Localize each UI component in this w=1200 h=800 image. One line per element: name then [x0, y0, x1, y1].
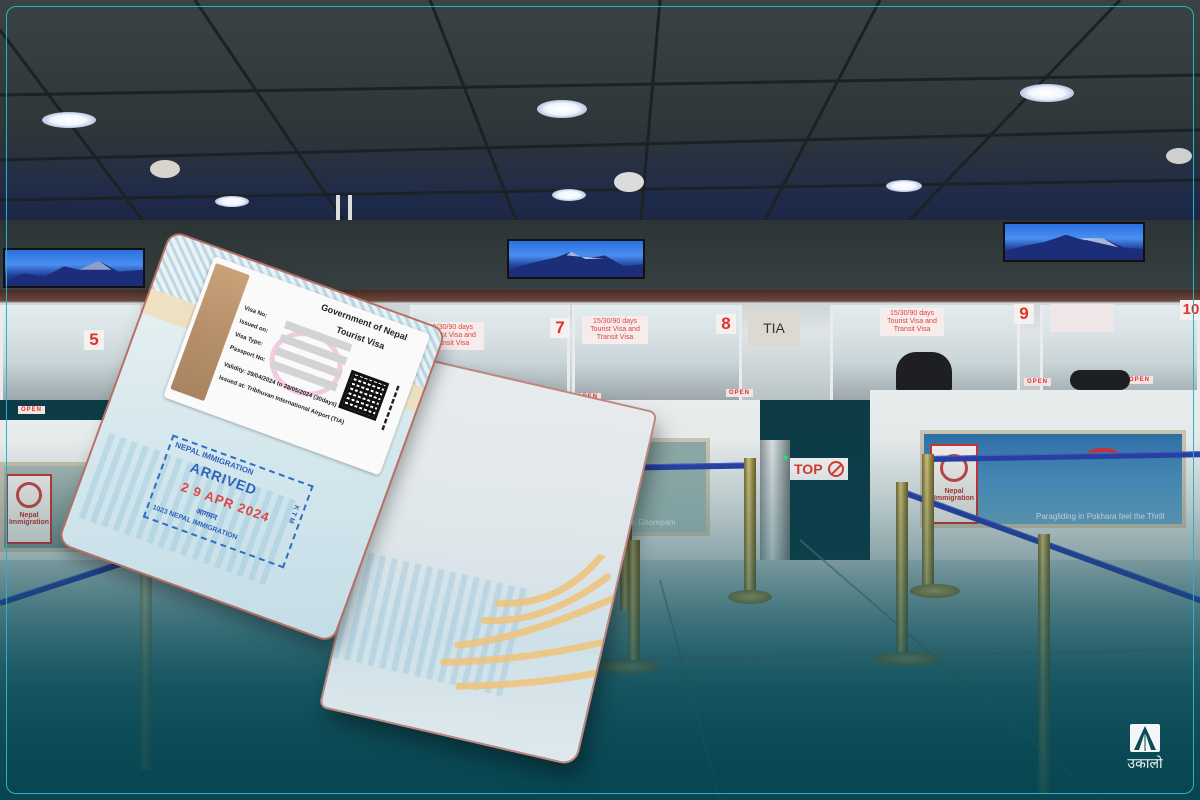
ukaalo-logo-text: उकालो [1122, 754, 1168, 773]
stanchion-post [922, 454, 934, 594]
visa-field-label: Issued on: [238, 319, 268, 335]
tourist-visa-sticker: Government of Nepal Tourist Visa Visa No… [163, 256, 430, 476]
stanchion-post [744, 458, 756, 598]
stanchion-base [874, 652, 940, 666]
stanchion-base [728, 590, 772, 604]
stamp-side-code: K T M [287, 504, 300, 524]
stanchion-base [910, 584, 960, 598]
visa-field-label: Visa Type: [234, 332, 264, 348]
visa-field-label: Visa No: [243, 305, 268, 319]
stanchion-post [1038, 534, 1050, 794]
issued-at-label: Issued at: [218, 375, 246, 390]
validity-label: Validity: [223, 362, 247, 376]
stanchion-base [598, 660, 660, 674]
stanchion-post [628, 540, 640, 670]
ukaalo-logo: उकालो [1122, 724, 1168, 773]
stanchion-post [896, 482, 908, 662]
qr-code-icon [338, 370, 389, 421]
photo-scene: 5 7 8 9 10 15/30/90 days Tourist Visa an… [0, 0, 1200, 800]
ukaalo-logo-icon [1130, 724, 1160, 752]
passport: Government of Nepal Tourist Visa Visa No… [62, 232, 582, 652]
visa-field-label: Passport No: [229, 345, 266, 363]
